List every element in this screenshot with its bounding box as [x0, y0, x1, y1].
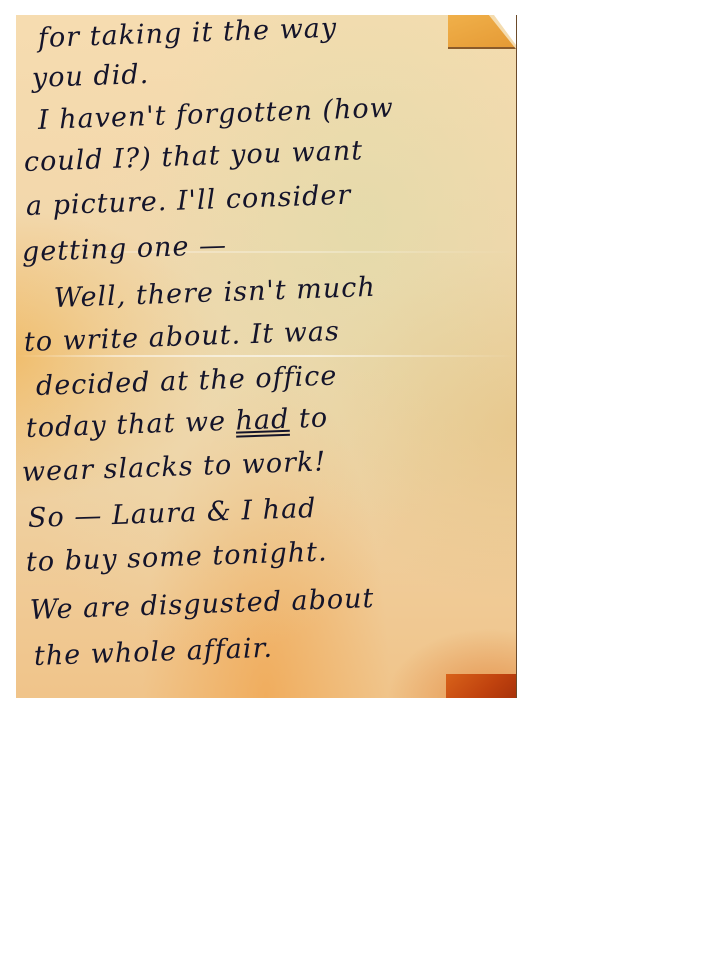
- text-line: today that we had to: [25, 402, 328, 444]
- text-line: I haven't forgotten (how: [37, 93, 394, 136]
- letter-page: for taking it the way you did. I haven't…: [16, 15, 516, 698]
- text-line: wear slacks to work!: [21, 446, 326, 488]
- text-line: to buy some tonight.: [25, 536, 328, 578]
- text-segment: to: [289, 402, 329, 434]
- underlined-word: had: [235, 404, 290, 437]
- handwritten-text: for taking it the way you did. I haven't…: [16, 15, 516, 698]
- text-segment: today that we: [25, 406, 236, 444]
- text-line: decided at the office: [35, 360, 337, 402]
- text-line: for taking it the way: [37, 15, 337, 54]
- text-line: to write about. It was: [23, 316, 340, 358]
- text-line: you did.: [31, 59, 149, 94]
- text-line: So — Laura & I had: [27, 493, 316, 534]
- text-line: the whole affair.: [33, 633, 273, 672]
- text-line: a picture. I'll consider: [25, 180, 351, 222]
- text-line: Well, there isn't much: [53, 272, 376, 314]
- text-line: could I?) that you want: [23, 135, 363, 178]
- text-line: getting one —: [21, 230, 227, 268]
- text-line: We are disgusted about: [29, 583, 374, 626]
